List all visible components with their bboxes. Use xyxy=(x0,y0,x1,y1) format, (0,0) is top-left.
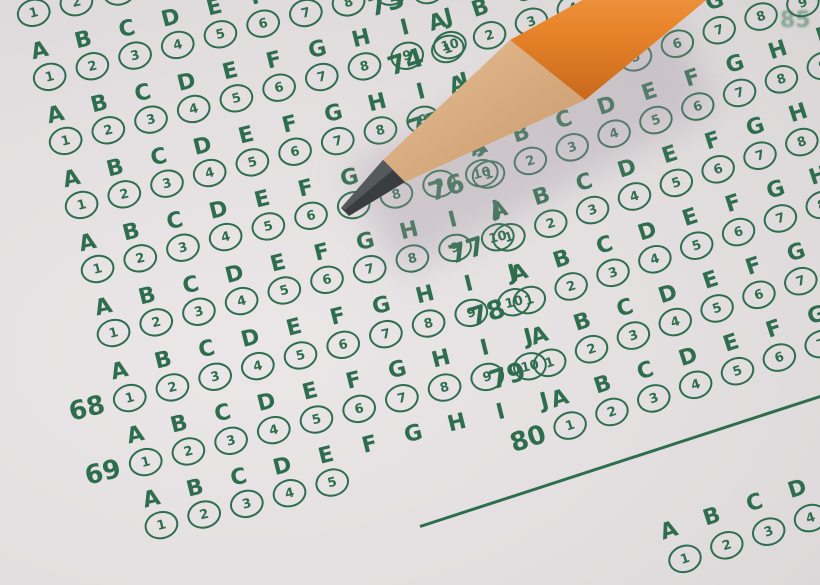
question-number: 69 xyxy=(80,454,124,492)
bubble[interactable]: 3 xyxy=(195,359,235,394)
bubble[interactable]: 3 xyxy=(99,0,139,9)
answer-sheet-photo: ABCDEFGHIJ 12345678910 ABCDEFGHIJ 123456… xyxy=(0,0,820,585)
question-number: 68 xyxy=(64,390,108,428)
bubble[interactable]: 2 xyxy=(57,0,97,20)
bubble[interactable]: 1 xyxy=(14,0,54,31)
bubble[interactable]: 2 xyxy=(153,370,193,405)
bubble[interactable]: 5 xyxy=(595,0,636,13)
bubble[interactable]: 4 xyxy=(238,348,278,383)
bubble[interactable]: 1 xyxy=(110,380,150,415)
question-number: 85 xyxy=(780,8,811,33)
bubble[interactable]: 2 xyxy=(706,527,747,564)
bubble[interactable]: 7 xyxy=(366,316,406,351)
question-number: 80 xyxy=(505,419,550,459)
bubble[interactable]: 7 xyxy=(382,381,422,416)
bubble[interactable]: 6 xyxy=(323,327,363,362)
bubble[interactable]: 3 xyxy=(211,423,251,458)
bubble[interactable]: 8 xyxy=(741,0,782,35)
bubble[interactable]: 7 xyxy=(286,0,326,31)
bubble[interactable]: 4 xyxy=(790,500,820,537)
bubble[interactable]: 5 xyxy=(281,338,321,373)
bubble[interactable]: 4 xyxy=(254,412,294,447)
bubble[interactable]: 8 xyxy=(425,370,465,405)
bubble[interactable]: 8 xyxy=(329,0,369,20)
bubble[interactable]: 5 xyxy=(297,402,337,437)
bubble[interactable]: 4 xyxy=(553,0,594,27)
bubble[interactable]: 6 xyxy=(339,391,379,426)
bubble[interactable]: 1 xyxy=(126,444,166,479)
bubble[interactable]: 3 xyxy=(748,513,789,550)
bubble[interactable]: 1 xyxy=(665,540,706,577)
bubble[interactable]: 2 xyxy=(169,434,209,469)
bubble[interactable]: 8 xyxy=(409,306,449,341)
